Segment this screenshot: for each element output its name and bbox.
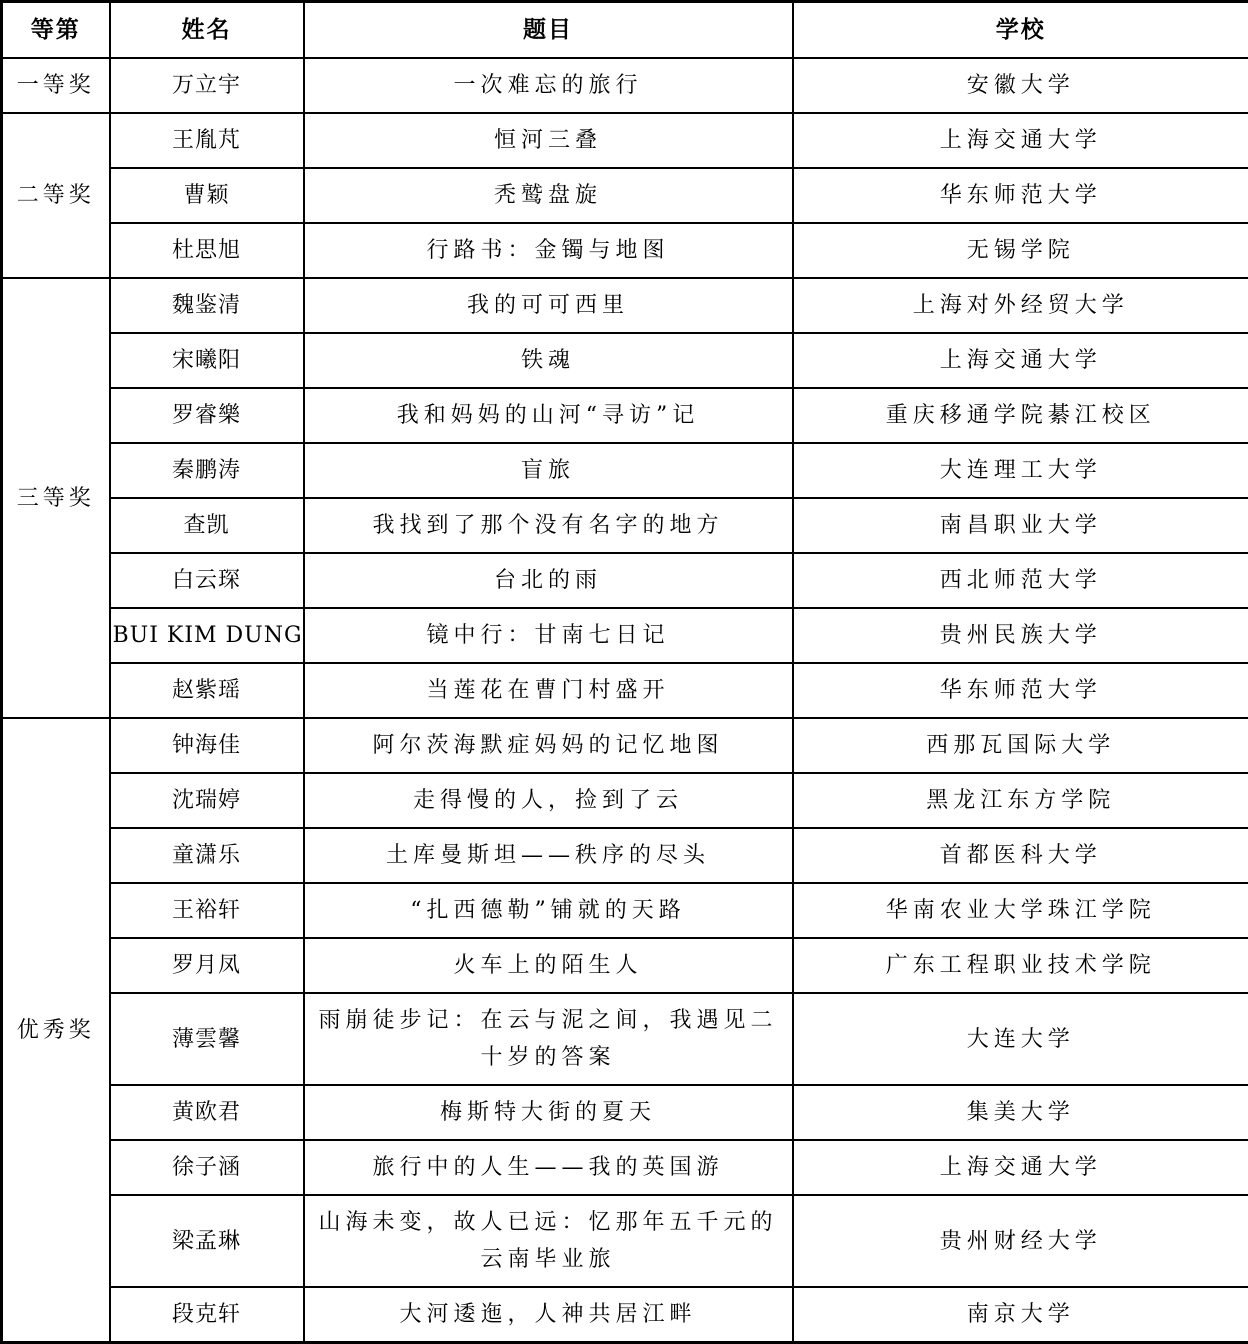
table-row: 梁孟琳山海未变，故人已远：忆那年五千元的云南毕业旅贵州财经大学	[2, 1195, 1248, 1287]
column-header-rank: 等第	[2, 2, 110, 59]
title-cell: 我和妈妈的山河“寻访”记	[304, 388, 793, 443]
table-row: 查凯我找到了那个没有名字的地方南昌职业大学	[2, 498, 1248, 553]
school-cell: 华东师范大学	[793, 663, 1248, 718]
awards-table: 等第 姓名 题目 学校 一等奖万立宇一次难忘的旅行安徽大学二等奖王胤芃恒河三叠上…	[0, 0, 1248, 1344]
table-row: 一等奖万立宇一次难忘的旅行安徽大学	[2, 58, 1248, 113]
school-cell: 集美大学	[793, 1085, 1248, 1140]
award-rank-cell: 三等奖	[2, 278, 110, 718]
table-row: 徐子涵旅行中的人生——我的英国游上海交通大学	[2, 1140, 1248, 1195]
school-cell: 贵州财经大学	[793, 1195, 1248, 1287]
school-cell: 首都医科大学	[793, 828, 1248, 883]
table-row: 杜思旭行路书：金镯与地图无锡学院	[2, 223, 1248, 278]
title-cell: 山海未变，故人已远：忆那年五千元的云南毕业旅	[304, 1195, 793, 1287]
column-header-title: 题目	[304, 2, 793, 59]
school-cell: 上海交通大学	[793, 333, 1248, 388]
table-row: 秦鹏涛盲旅大连理工大学	[2, 443, 1248, 498]
table-row: 罗月凤火车上的陌生人广东工程职业技术学院	[2, 938, 1248, 993]
title-cell: 台北的雨	[304, 553, 793, 608]
title-cell: 一次难忘的旅行	[304, 58, 793, 113]
name-cell: 查凯	[110, 498, 304, 553]
title-cell: 土库曼斯坦——秩序的尽头	[304, 828, 793, 883]
title-cell: 当莲花在曹门村盛开	[304, 663, 793, 718]
table-row: BUI KIM DUNG镜中行：甘南七日记贵州民族大学	[2, 608, 1248, 663]
school-cell: 华东师范大学	[793, 168, 1248, 223]
table-row: 童潇乐土库曼斯坦——秩序的尽头首都医科大学	[2, 828, 1248, 883]
title-cell: 我的可可西里	[304, 278, 793, 333]
header-row: 等第 姓名 题目 学校	[2, 2, 1248, 59]
table-row: 沈瑞婷走得慢的人，捡到了云黑龙江东方学院	[2, 773, 1248, 828]
school-cell: 大连理工大学	[793, 443, 1248, 498]
school-cell: 西北师范大学	[793, 553, 1248, 608]
name-cell: 罗睿樂	[110, 388, 304, 443]
table-row: 曹颖秃鹫盘旋华东师范大学	[2, 168, 1248, 223]
table-row: 赵紫瑶当莲花在曹门村盛开华东师范大学	[2, 663, 1248, 718]
school-cell: 贵州民族大学	[793, 608, 1248, 663]
title-cell: 走得慢的人，捡到了云	[304, 773, 793, 828]
award-rank-cell: 一等奖	[2, 58, 110, 113]
name-cell: 钟海佳	[110, 718, 304, 773]
name-cell: 徐子涵	[110, 1140, 304, 1195]
school-cell: 无锡学院	[793, 223, 1248, 278]
school-cell: 上海对外经贸大学	[793, 278, 1248, 333]
awards-table-body: 一等奖万立宇一次难忘的旅行安徽大学二等奖王胤芃恒河三叠上海交通大学曹颖秃鹫盘旋华…	[2, 58, 1248, 1343]
name-cell: 薄雲馨	[110, 993, 304, 1085]
title-cell: 阿尔茨海默症妈妈的记忆地图	[304, 718, 793, 773]
table-row: 黄欧君梅斯特大街的夏天集美大学	[2, 1085, 1248, 1140]
name-cell: 段克轩	[110, 1287, 304, 1343]
name-cell: 万立宇	[110, 58, 304, 113]
name-cell: 赵紫瑶	[110, 663, 304, 718]
name-cell: 沈瑞婷	[110, 773, 304, 828]
school-cell: 上海交通大学	[793, 1140, 1248, 1195]
school-cell: 上海交通大学	[793, 113, 1248, 168]
name-cell: 童潇乐	[110, 828, 304, 883]
document-page: 等第 姓名 题目 学校 一等奖万立宇一次难忘的旅行安徽大学二等奖王胤芃恒河三叠上…	[0, 0, 1248, 1344]
table-row: 段克轩大河逶迤，人神共居江畔南京大学	[2, 1287, 1248, 1343]
school-cell: 西那瓦国际大学	[793, 718, 1248, 773]
school-cell: 重庆移通学院綦江校区	[793, 388, 1248, 443]
table-row: 白云琛台北的雨西北师范大学	[2, 553, 1248, 608]
name-cell: BUI KIM DUNG	[110, 608, 304, 663]
title-cell: 铁魂	[304, 333, 793, 388]
name-cell: 宋曦阳	[110, 333, 304, 388]
name-cell: 曹颖	[110, 168, 304, 223]
table-row: 三等奖魏鉴清我的可可西里上海对外经贸大学	[2, 278, 1248, 333]
name-cell: 魏鉴清	[110, 278, 304, 333]
school-cell: 安徽大学	[793, 58, 1248, 113]
name-cell: 罗月凤	[110, 938, 304, 993]
table-row: 薄雲馨雨崩徒步记：在云与泥之间，我遇见二十岁的答案大连大学	[2, 993, 1248, 1085]
title-cell: 雨崩徒步记：在云与泥之间，我遇见二十岁的答案	[304, 993, 793, 1085]
name-cell: 王裕轩	[110, 883, 304, 938]
table-row: 王裕轩“扎西德勒”铺就的天路华南农业大学珠江学院	[2, 883, 1248, 938]
title-cell: 火车上的陌生人	[304, 938, 793, 993]
name-cell: 白云琛	[110, 553, 304, 608]
award-rank-cell: 二等奖	[2, 113, 110, 278]
school-cell: 南昌职业大学	[793, 498, 1248, 553]
title-cell: 大河逶迤，人神共居江畔	[304, 1287, 793, 1343]
award-rank-cell: 优秀奖	[2, 718, 110, 1343]
table-row: 二等奖王胤芃恒河三叠上海交通大学	[2, 113, 1248, 168]
school-cell: 南京大学	[793, 1287, 1248, 1343]
title-cell: 行路书：金镯与地图	[304, 223, 793, 278]
table-row: 罗睿樂我和妈妈的山河“寻访”记重庆移通学院綦江校区	[2, 388, 1248, 443]
title-cell: 我找到了那个没有名字的地方	[304, 498, 793, 553]
name-cell: 秦鹏涛	[110, 443, 304, 498]
title-cell: 秃鹫盘旋	[304, 168, 793, 223]
name-cell: 杜思旭	[110, 223, 304, 278]
table-row: 优秀奖钟海佳阿尔茨海默症妈妈的记忆地图西那瓦国际大学	[2, 718, 1248, 773]
school-cell: 黑龙江东方学院	[793, 773, 1248, 828]
column-header-school: 学校	[793, 2, 1248, 59]
awards-table-header: 等第 姓名 题目 学校	[2, 2, 1248, 59]
school-cell: 华南农业大学珠江学院	[793, 883, 1248, 938]
title-cell: 梅斯特大街的夏天	[304, 1085, 793, 1140]
title-cell: 旅行中的人生——我的英国游	[304, 1140, 793, 1195]
title-cell: 恒河三叠	[304, 113, 793, 168]
name-cell: 黄欧君	[110, 1085, 304, 1140]
title-cell: 盲旅	[304, 443, 793, 498]
title-cell: “扎西德勒”铺就的天路	[304, 883, 793, 938]
title-cell: 镜中行：甘南七日记	[304, 608, 793, 663]
name-cell: 王胤芃	[110, 113, 304, 168]
column-header-name: 姓名	[110, 2, 304, 59]
school-cell: 大连大学	[793, 993, 1248, 1085]
school-cell: 广东工程职业技术学院	[793, 938, 1248, 993]
name-cell: 梁孟琳	[110, 1195, 304, 1287]
table-row: 宋曦阳铁魂上海交通大学	[2, 333, 1248, 388]
